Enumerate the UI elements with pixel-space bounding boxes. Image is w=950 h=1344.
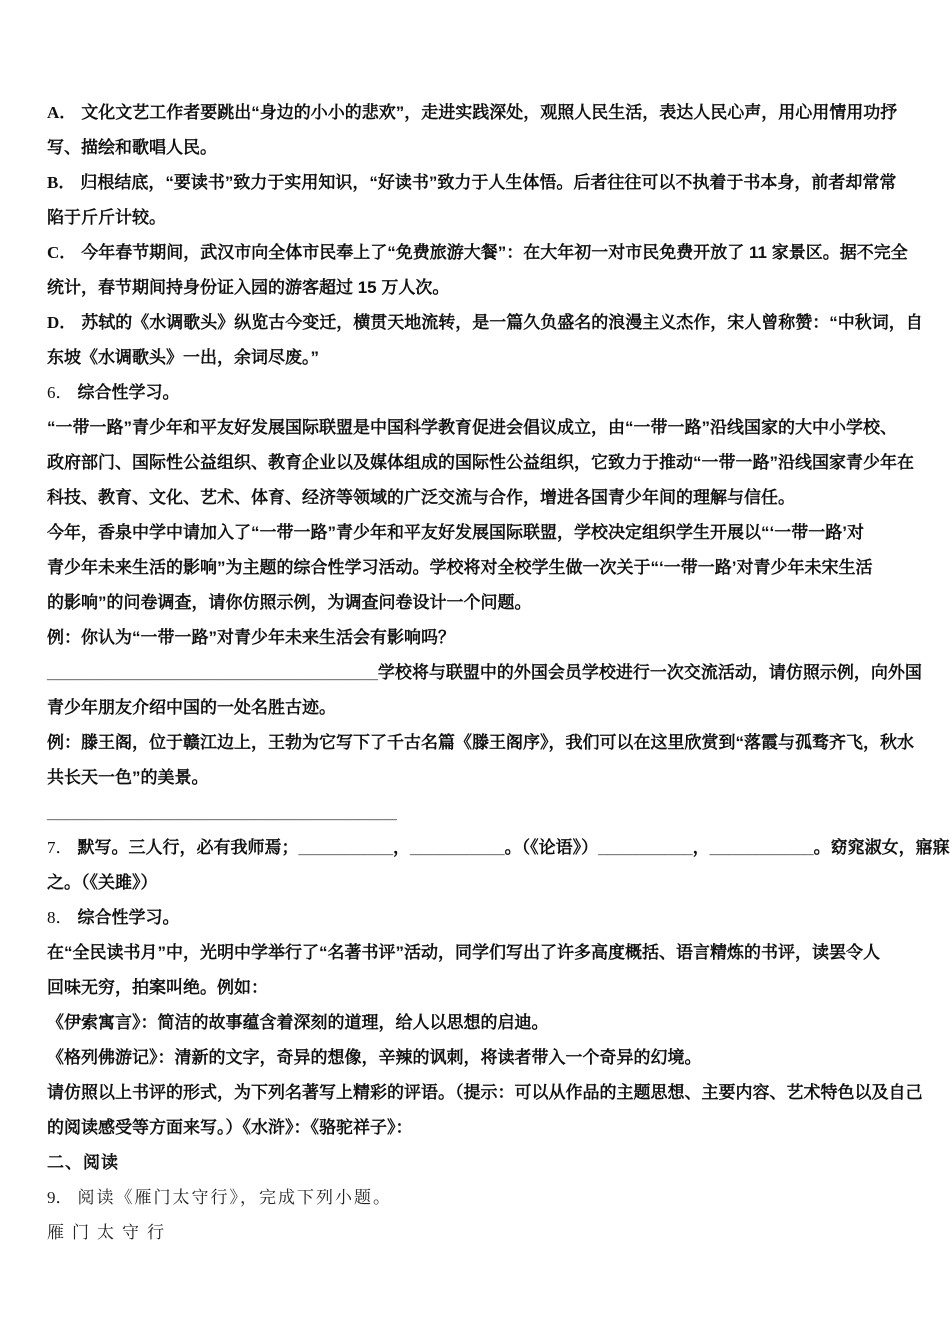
line-text: 青少年朋友介绍中国的一处名胜古迹。: [47, 698, 336, 717]
text-line: 的阅读感受等方面来写。）《水浒》：《骆驼祥子》：: [47, 1110, 910, 1145]
line-text: 文化文艺工作者要跳出“身边的小小的悲欢”，走进实践深处，观照人民生活，表达人民心…: [81, 103, 897, 122]
question-8: 8．综合性学习。: [47, 900, 910, 935]
line-text: 东坡《水调歌头》一出，余词尽废。”: [47, 348, 319, 367]
question-9: 9．阅读《雁门太守行》，完成下列小题。: [47, 1180, 910, 1215]
text-line: 《伊索寓言》：简洁的故事蕴含着深刻的道理，给人以思想的启迪。: [47, 1005, 910, 1040]
line-text: 在“全民读书月”中，光明中学举行了“名著书评”活动，同学们写出了许多高度概括、语…: [47, 943, 880, 962]
text-line: “一带一路”青少年和平友好发展国际联盟是中国科学教育促进会倡议成立，由“一带一路…: [47, 410, 910, 445]
text-line: 例：你认为“一带一路”对青少年未来生活会有影响吗？: [47, 620, 910, 655]
document-body: A．文化文艺工作者要跳出“身边的小小的悲欢”，走进实践深处，观照人民生活，表达人…: [47, 95, 910, 1250]
option-b: B．归根结底，“要读书”致力于实用知识，“好读书”致力于人生体悟。后者往往可以不…: [47, 165, 910, 200]
line-text: ___________________________________学校将与联…: [47, 663, 922, 682]
line-text: 今年，香泉中学中请加入了“一带一路”青少年和平友好发展国际联盟，学校决定组织学生…: [47, 523, 864, 542]
text-line: 在“全民读书月”中，光明中学举行了“名著书评”活动，同学们写出了许多高度概括、语…: [47, 935, 910, 970]
line-text: 请仿照以上书评的形式，为下列名著写上精彩的评语。（提示：可以从作品的主题思想、主…: [47, 1083, 923, 1102]
text-line: 《格列佛游记》：清新的文字，奇异的想像，辛辣的讽刺，将读者带入一个奇异的幻境。: [47, 1040, 910, 1075]
text-line: 今年，香泉中学中请加入了“一带一路”青少年和平友好发展国际联盟，学校决定组织学生…: [47, 515, 910, 550]
line-text: 回味无穷，拍案叫绝。例如：: [47, 978, 268, 997]
line-text: 二、阅读: [47, 1153, 119, 1172]
text-line: 回味无穷，拍案叫绝。例如：: [47, 970, 910, 1005]
line-text: 《伊索寓言》：简洁的故事蕴含着深刻的道理，给人以思想的启迪。: [47, 1013, 549, 1032]
line-text: 写、描绘和歌唱人民。: [47, 138, 217, 157]
line-text: 之。（《关雎》）: [47, 873, 158, 892]
blank-answer-line: _____________________________________: [47, 795, 910, 830]
line-text: 综合性学习。: [78, 908, 180, 927]
line-text: 政府部门、国际性公益组织、教育企业以及媒体组成的国际性公益组织，它致力于推动“一…: [47, 453, 914, 472]
item-number: C．: [47, 243, 76, 262]
item-number: 7．: [47, 838, 73, 857]
section-heading-reading: 二、阅读: [47, 1145, 910, 1180]
line-text: 的影响”的问卷调查，请你仿照示例，为调查问卷设计一个问题。: [47, 593, 532, 612]
line-text: 综合性学习。: [78, 383, 180, 402]
text-line: 科技、教育、文化、艺术、体育、经济等领域的广泛交流与合作，增进各国青少年间的理解…: [47, 480, 910, 515]
option-d: D．苏轼的《水调歌头》纵览古今变迁，横贯天地流转，是一篇久负盛名的浪漫主义杰作，…: [47, 305, 910, 340]
item-number: 9．: [47, 1188, 73, 1207]
item-number: D．: [47, 313, 76, 332]
line-text: “一带一路”青少年和平友好发展国际联盟是中国科学教育促进会倡议成立，由“一带一路…: [47, 418, 897, 437]
exam-document: A．文化文艺工作者要跳出“身边的小小的悲欢”，走进实践深处，观照人民生活，表达人…: [0, 0, 950, 1344]
line-text: 默写。三人行，必有我师焉；__________，__________。（《论语》…: [78, 838, 950, 857]
item-number: A．: [47, 103, 76, 122]
text-line: 陷于斤斤计较。: [47, 200, 910, 235]
line-text: 的阅读感受等方面来写。）《水浒》：《骆驼祥子》：: [47, 1118, 413, 1137]
item-number: 8．: [47, 908, 73, 927]
line-text: 雁门太守行: [47, 1223, 172, 1242]
line-text: 例：滕王阁，位于赣江边上，王勃为它写下了千古名篇《滕王阁序》，我们可以在这里欣赏…: [47, 733, 914, 752]
poem-title: 雁门太守行: [47, 1215, 910, 1250]
line-text: 青少年未来生活的影响”为主题的综合性学习活动。学校将对全校学生做一次关于“‘一带…: [47, 558, 872, 577]
text-line: 青少年朋友介绍中国的一处名胜古迹。: [47, 690, 910, 725]
line-text: 共长天一色”的美景。: [47, 768, 209, 787]
text-line: 请仿照以上书评的形式，为下列名著写上精彩的评语。（提示：可以从作品的主题思想、主…: [47, 1075, 910, 1110]
item-number: 6．: [47, 383, 73, 402]
option-a: A．文化文艺工作者要跳出“身边的小小的悲欢”，走进实践深处，观照人民生活，表达人…: [47, 95, 910, 130]
line-text: 苏轼的《水调歌头》纵览古今变迁，横贯天地流转，是一篇久负盛名的浪漫主义杰作，宋人…: [81, 313, 923, 332]
text-line: 之。（《关雎》）: [47, 865, 910, 900]
text-line: 统计，春节期间持身份证入园的游客超过 15 万人次。: [47, 270, 910, 305]
text-line: 共长天一色”的美景。: [47, 760, 910, 795]
blank-then-text-line: ___________________________________学校将与联…: [47, 655, 910, 690]
line-text: 科技、教育、文化、艺术、体育、经济等领域的广泛交流与合作，增进各国青少年间的理解…: [47, 488, 795, 507]
line-text: 《格列佛游记》：清新的文字，奇异的想像，辛辣的讽刺，将读者带入一个奇异的幻境。: [47, 1048, 702, 1067]
text-line: 青少年未来生活的影响”为主题的综合性学习活动。学校将对全校学生做一次关于“‘一带…: [47, 550, 910, 585]
text-line: 政府部门、国际性公益组织、教育企业以及媒体组成的国际性公益组织，它致力于推动“一…: [47, 445, 910, 480]
text-line: 例：滕王阁，位于赣江边上，王勃为它写下了千古名篇《滕王阁序》，我们可以在这里欣赏…: [47, 725, 910, 760]
line-text: 统计，春节期间持身份证入园的游客超过 15 万人次。: [47, 278, 449, 297]
line-text: _____________________________________: [47, 803, 397, 822]
item-number: B．: [47, 173, 75, 192]
text-line: 东坡《水调歌头》一出，余词尽废。”: [47, 340, 910, 375]
question-7: 7．默写。三人行，必有我师焉；__________，__________。（《论…: [47, 830, 910, 865]
line-text: 阅读《雁门太守行》，完成下列小题。: [78, 1188, 393, 1207]
text-line: 写、描绘和歌唱人民。: [47, 130, 910, 165]
text-line: 的影响”的问卷调查，请你仿照示例，为调查问卷设计一个问题。: [47, 585, 910, 620]
line-text: 例：你认为“一带一路”对青少年未来生活会有影响吗？: [47, 628, 455, 647]
line-text: 陷于斤斤计较。: [47, 208, 166, 227]
question-6: 6．综合性学习。: [47, 375, 910, 410]
line-text: 归根结底，“要读书”致力于实用知识，“好读书”致力于人生体悟。后者往往可以不执着…: [80, 173, 896, 192]
line-text: 今年春节期间，武汉市向全体市民奉上了“免费旅游大餐”：在大年初一对市民免费开放了…: [81, 243, 907, 262]
exam-page: { "colors": { "background": "#ffffff", "…: [0, 0, 950, 1344]
option-c: C．今年春节期间，武汉市向全体市民奉上了“免费旅游大餐”：在大年初一对市民免费开…: [47, 235, 910, 270]
